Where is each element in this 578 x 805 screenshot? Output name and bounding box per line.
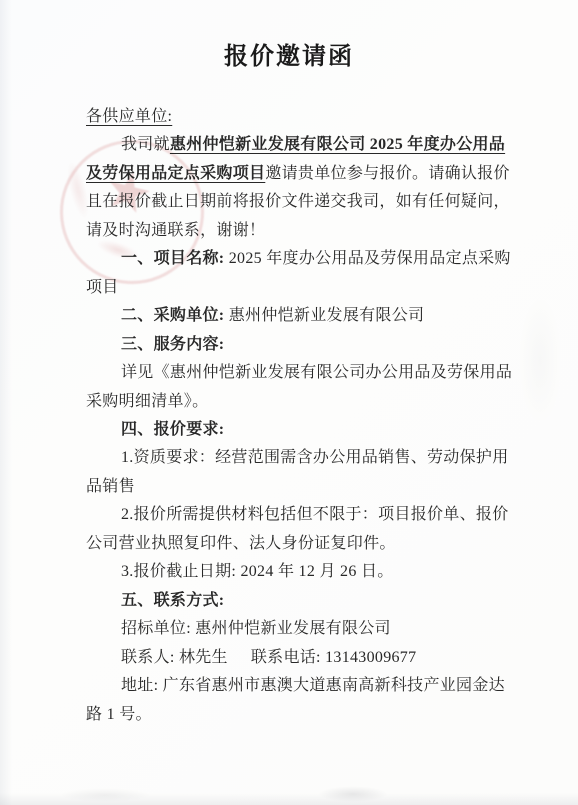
text-segment: 招标单位: 惠州仲恺新业发展有限公司 (121, 620, 391, 637)
text-segment: 地址: 广东省惠州市惠澳大道惠南高新科技产业园金达 (121, 677, 505, 694)
text-segment: 公司营业执照复印件、法人身份证复印件。 (86, 535, 396, 552)
scanned-document-page: ★ 报价邀请函 各供应单位: 我司就惠州仲恺新业发展有限公司 2025 年度办公… (0, 0, 578, 805)
text-line: 五、联系方式: (86, 587, 502, 615)
text-segment: 品销售 (86, 478, 135, 495)
text-line: 品销售 (86, 473, 502, 501)
text-segment: 五、联系方式: (121, 592, 224, 609)
text-segment: 四、报价要求: (121, 421, 224, 438)
text-segment: 联系电话: 13143009677 (251, 649, 417, 666)
text-line: 且在报价截止日期前将报价文件递交我司，如有任何疑问， (86, 188, 502, 216)
text-line: 路 1 号。 (86, 701, 502, 729)
text-line: 公司营业执照复印件、法人身份证复印件。 (86, 530, 502, 558)
text-segment: 及劳保用品定点采购项目 (86, 165, 265, 182)
scan-smudge (60, 788, 150, 802)
text-segment: 惠州仲恺新业发展有限公司 2025 年度办公用品 (170, 136, 505, 153)
text-line: 各供应单位: (86, 103, 502, 131)
text-segment: 项目 (86, 279, 119, 296)
text-line: 及劳保用品定点采购项目邀请贵单位参与报价。请确认报价 (86, 160, 502, 188)
text-line: 1.资质要求：经营范围需含办公用品销售、劳动保护用 (86, 444, 502, 472)
text-segment: 各供应单位: (86, 108, 186, 125)
text-line: 2.报价所需提供材料包括但不限于：项目报价单、报价 (86, 501, 502, 529)
scan-edge-shadow-left (0, 0, 12, 805)
text-segment: 一、项目名称: (121, 250, 229, 267)
text-segment: 请及时沟通联系，谢谢！ (86, 222, 265, 239)
text-line: 请及时沟通联系，谢谢！ (86, 217, 502, 245)
text-line: 二、采购单位: 惠州仲恺新业发展有限公司 (86, 302, 502, 330)
text-line: 3.报价截止日期: 2024 年 12 月 26 日。 (86, 558, 502, 586)
text-line: 四、报价要求: (86, 416, 502, 444)
text-line: 联系人: 林先生联系电话: 13143009677 (86, 644, 502, 672)
text-segment: 我司就 (121, 136, 170, 153)
text-segment: 惠州仲恺新业发展有限公司 (229, 307, 425, 324)
document-body: 各供应单位: 我司就惠州仲恺新业发展有限公司 2025 年度办公用品及劳保用品定… (86, 103, 502, 729)
text-line: 三、服务内容: (86, 331, 502, 359)
text-segment: 二、采购单位: (121, 307, 229, 324)
text-segment: 邀请贵单位参与报价。请确认报价 (265, 165, 510, 182)
text-line: 采购明细清单》。 (86, 388, 502, 416)
text-line: 详见《惠州仲恺新业发展有限公司办公用品及劳保用品 (86, 359, 502, 387)
text-segment: 路 1 号。 (86, 706, 152, 723)
scan-smudge (520, 300, 560, 420)
text-segment: 且在报价截止日期前将报价文件递交我司，如有任何疑问， (86, 193, 510, 210)
text-line: 项目 (86, 274, 502, 302)
text-line: 招标单位: 惠州仲恺新业发展有限公司 (86, 615, 502, 643)
text-segment: 采购明细清单》。 (86, 393, 208, 410)
text-segment: 2.报价所需提供材料包括但不限于：项目报价单、报价 (121, 506, 509, 523)
text-segment: 三、服务内容: (121, 336, 224, 353)
text-segment: 3.报价截止日期: 2024 年 12 月 26 日。 (121, 563, 394, 580)
text-segment: 1.资质要求：经营范围需含办公用品销售、劳动保护用 (121, 449, 509, 466)
text-segment: 联系人: 林先生 (121, 649, 228, 666)
text-line: 地址: 广东省惠州市惠澳大道惠南高新科技产业园金达 (86, 672, 502, 700)
text-segment: 详见《惠州仲恺新业发展有限公司办公用品及劳保用品 (121, 364, 512, 381)
text-segment: 2025 年度办公用品及劳保用品定点采购 (229, 250, 511, 267)
text-line: 一、项目名称: 2025 年度办公用品及劳保用品定点采购 (86, 245, 502, 273)
document-title: 报价邀请函 (0, 44, 578, 71)
text-line: 我司就惠州仲恺新业发展有限公司 2025 年度办公用品 (86, 131, 502, 159)
scan-smudge (318, 786, 388, 802)
